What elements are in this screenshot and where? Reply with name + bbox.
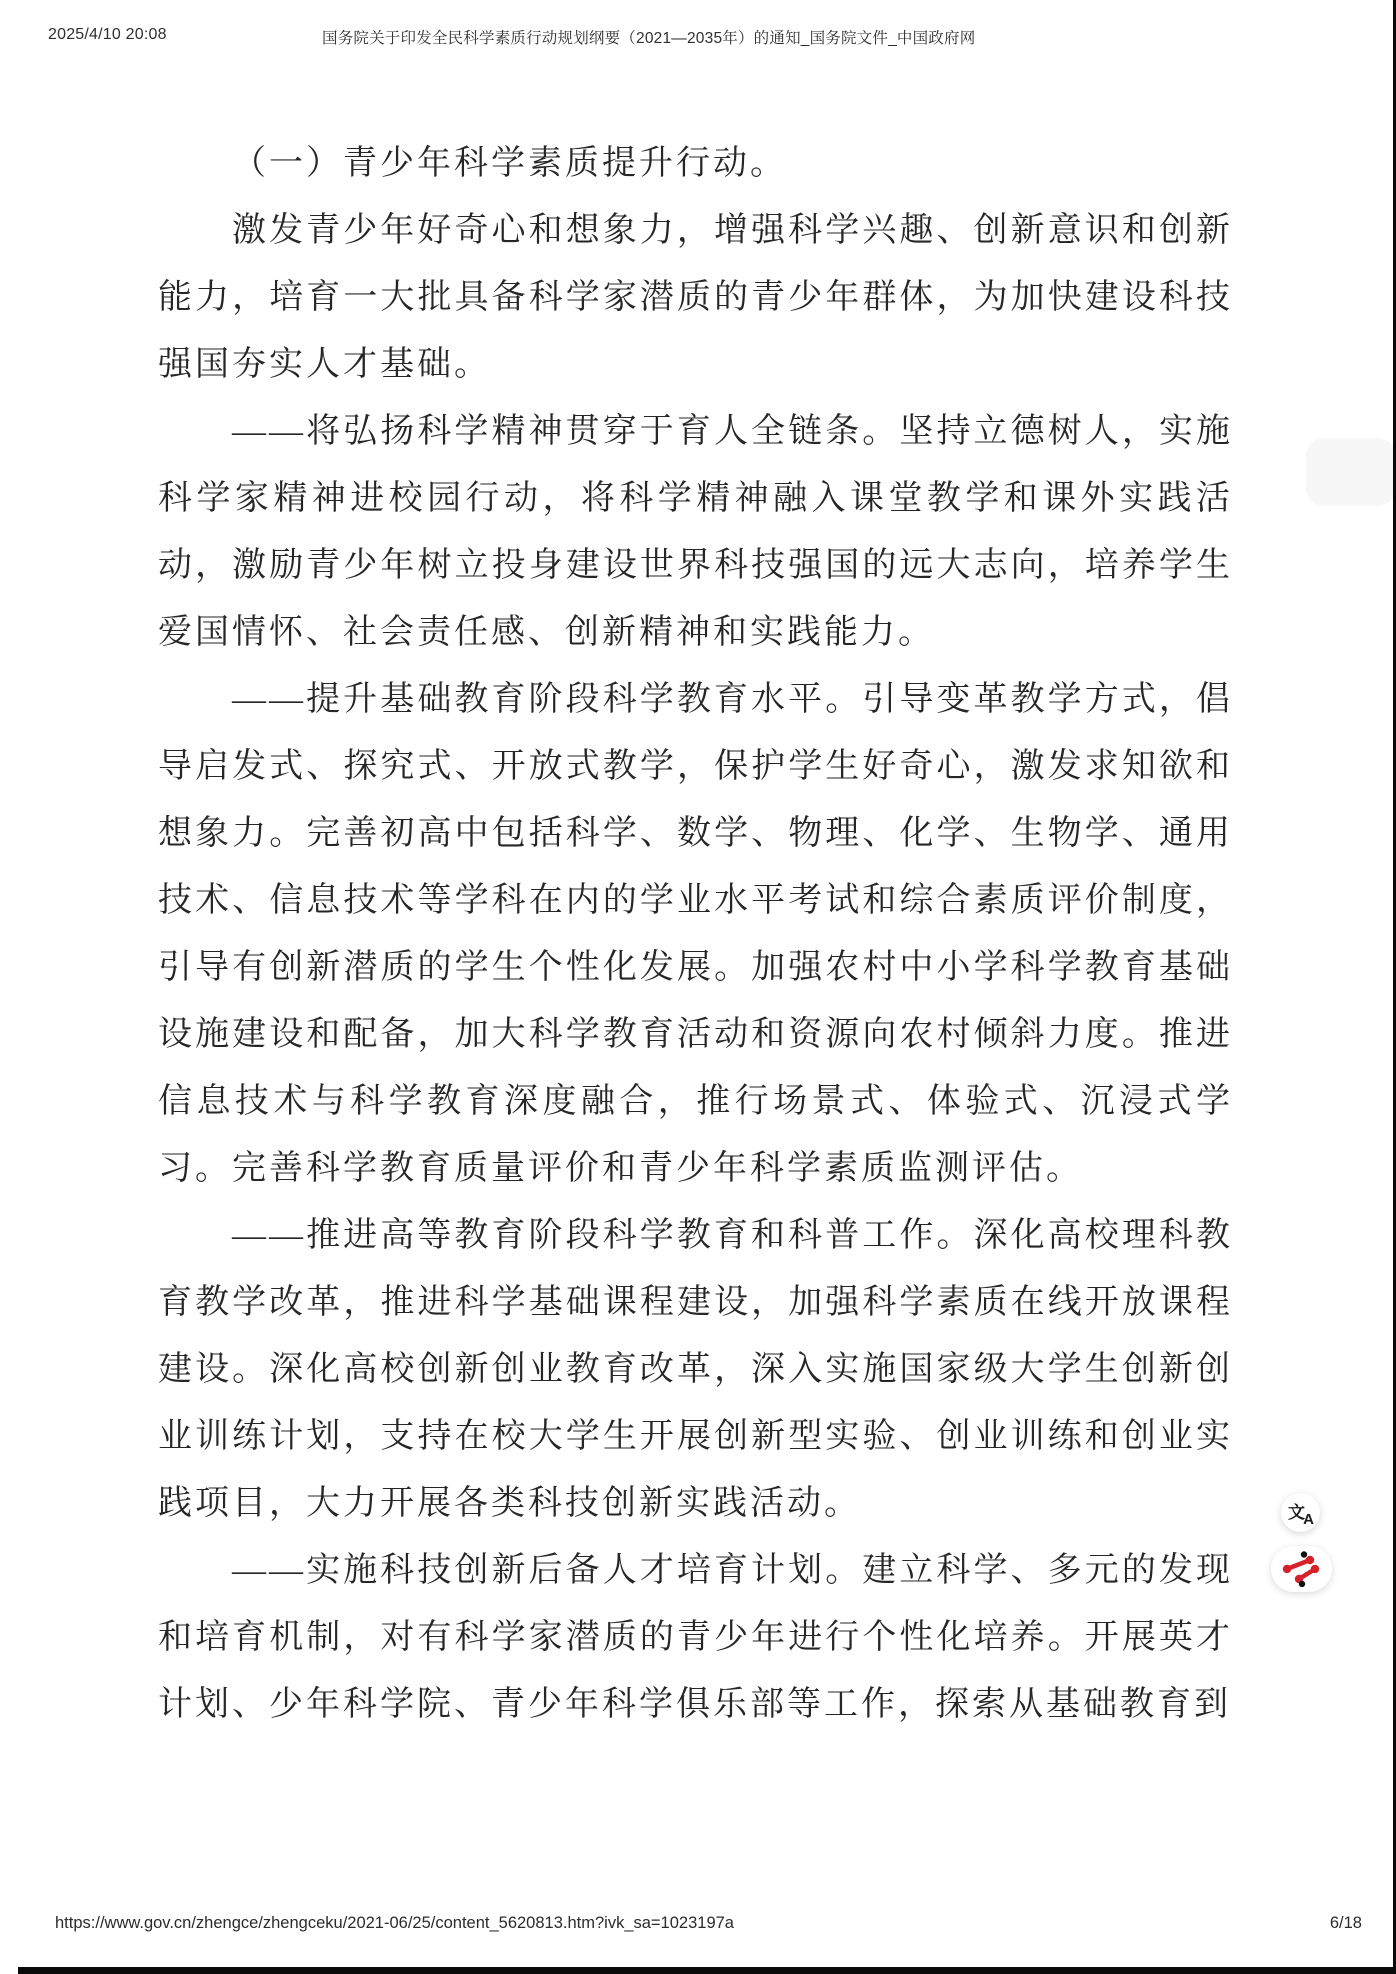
print-page-title: 国务院关于印发全民科学素质行动规划纲要（2021—2035年）的通知_国务院文件… [322,26,975,48]
extension-button[interactable] [1271,1546,1332,1592]
document-paragraph: ——实施科技创新后备人才培育计划。建立科学、多元的发现和培育机制，对有科学家潜质… [158,1537,1233,1738]
red-node-graph-icon [1282,1551,1320,1587]
document-paragraph: ——将弘扬科学精神贯穿于育人全链条。坚持立德树人，实施科学家精神进校园行动，将科… [158,398,1233,666]
page-indicator: 6/18 [1330,1914,1362,1933]
window-bottom-edge [18,1967,1396,1974]
source-url: https://www.gov.cn/zhengce/zhengceku/202… [55,1914,734,1933]
document-paragraph: ——提升基础教育阶段科学教育水平。引导变革教学方式，倡导启发式、探究式、开放式教… [158,666,1233,1202]
print-preview-page: 2025/4/10 20:08 国务院关于印发全民科学素质行动规划纲要（2021… [0,0,1396,1974]
print-datetime: 2025/4/10 20:08 [48,26,167,44]
section-heading: （一）青少年科学素质提升行动。 [158,130,1233,197]
translate-button[interactable]: 文 A [1281,1493,1320,1532]
document-paragraph: 激发青少年好奇心和想象力，增强科学兴趣、创新意识和创新能力，培育一大批具备科学家… [158,197,1233,398]
faint-scroll-tab [1306,438,1396,506]
print-header: 2025/4/10 20:08 国务院关于印发全民科学素质行动规划纲要（2021… [0,24,1396,48]
document-paragraph: ——推进高等教育阶段科学教育和科普工作。深化高校理科教育教学改革，推进科学基础课… [158,1202,1233,1537]
document-body: （一）青少年科学素质提升行动。 激发青少年好奇心和想象力，增强科学兴趣、创新意识… [158,130,1233,1738]
paragraph-list: 激发青少年好奇心和想象力，增强科学兴趣、创新意识和创新能力，培育一大批具备科学家… [158,197,1233,1738]
print-footer: https://www.gov.cn/zhengce/zhengceku/202… [0,1914,1396,1940]
translate-icon-latin: A [1303,1511,1314,1528]
